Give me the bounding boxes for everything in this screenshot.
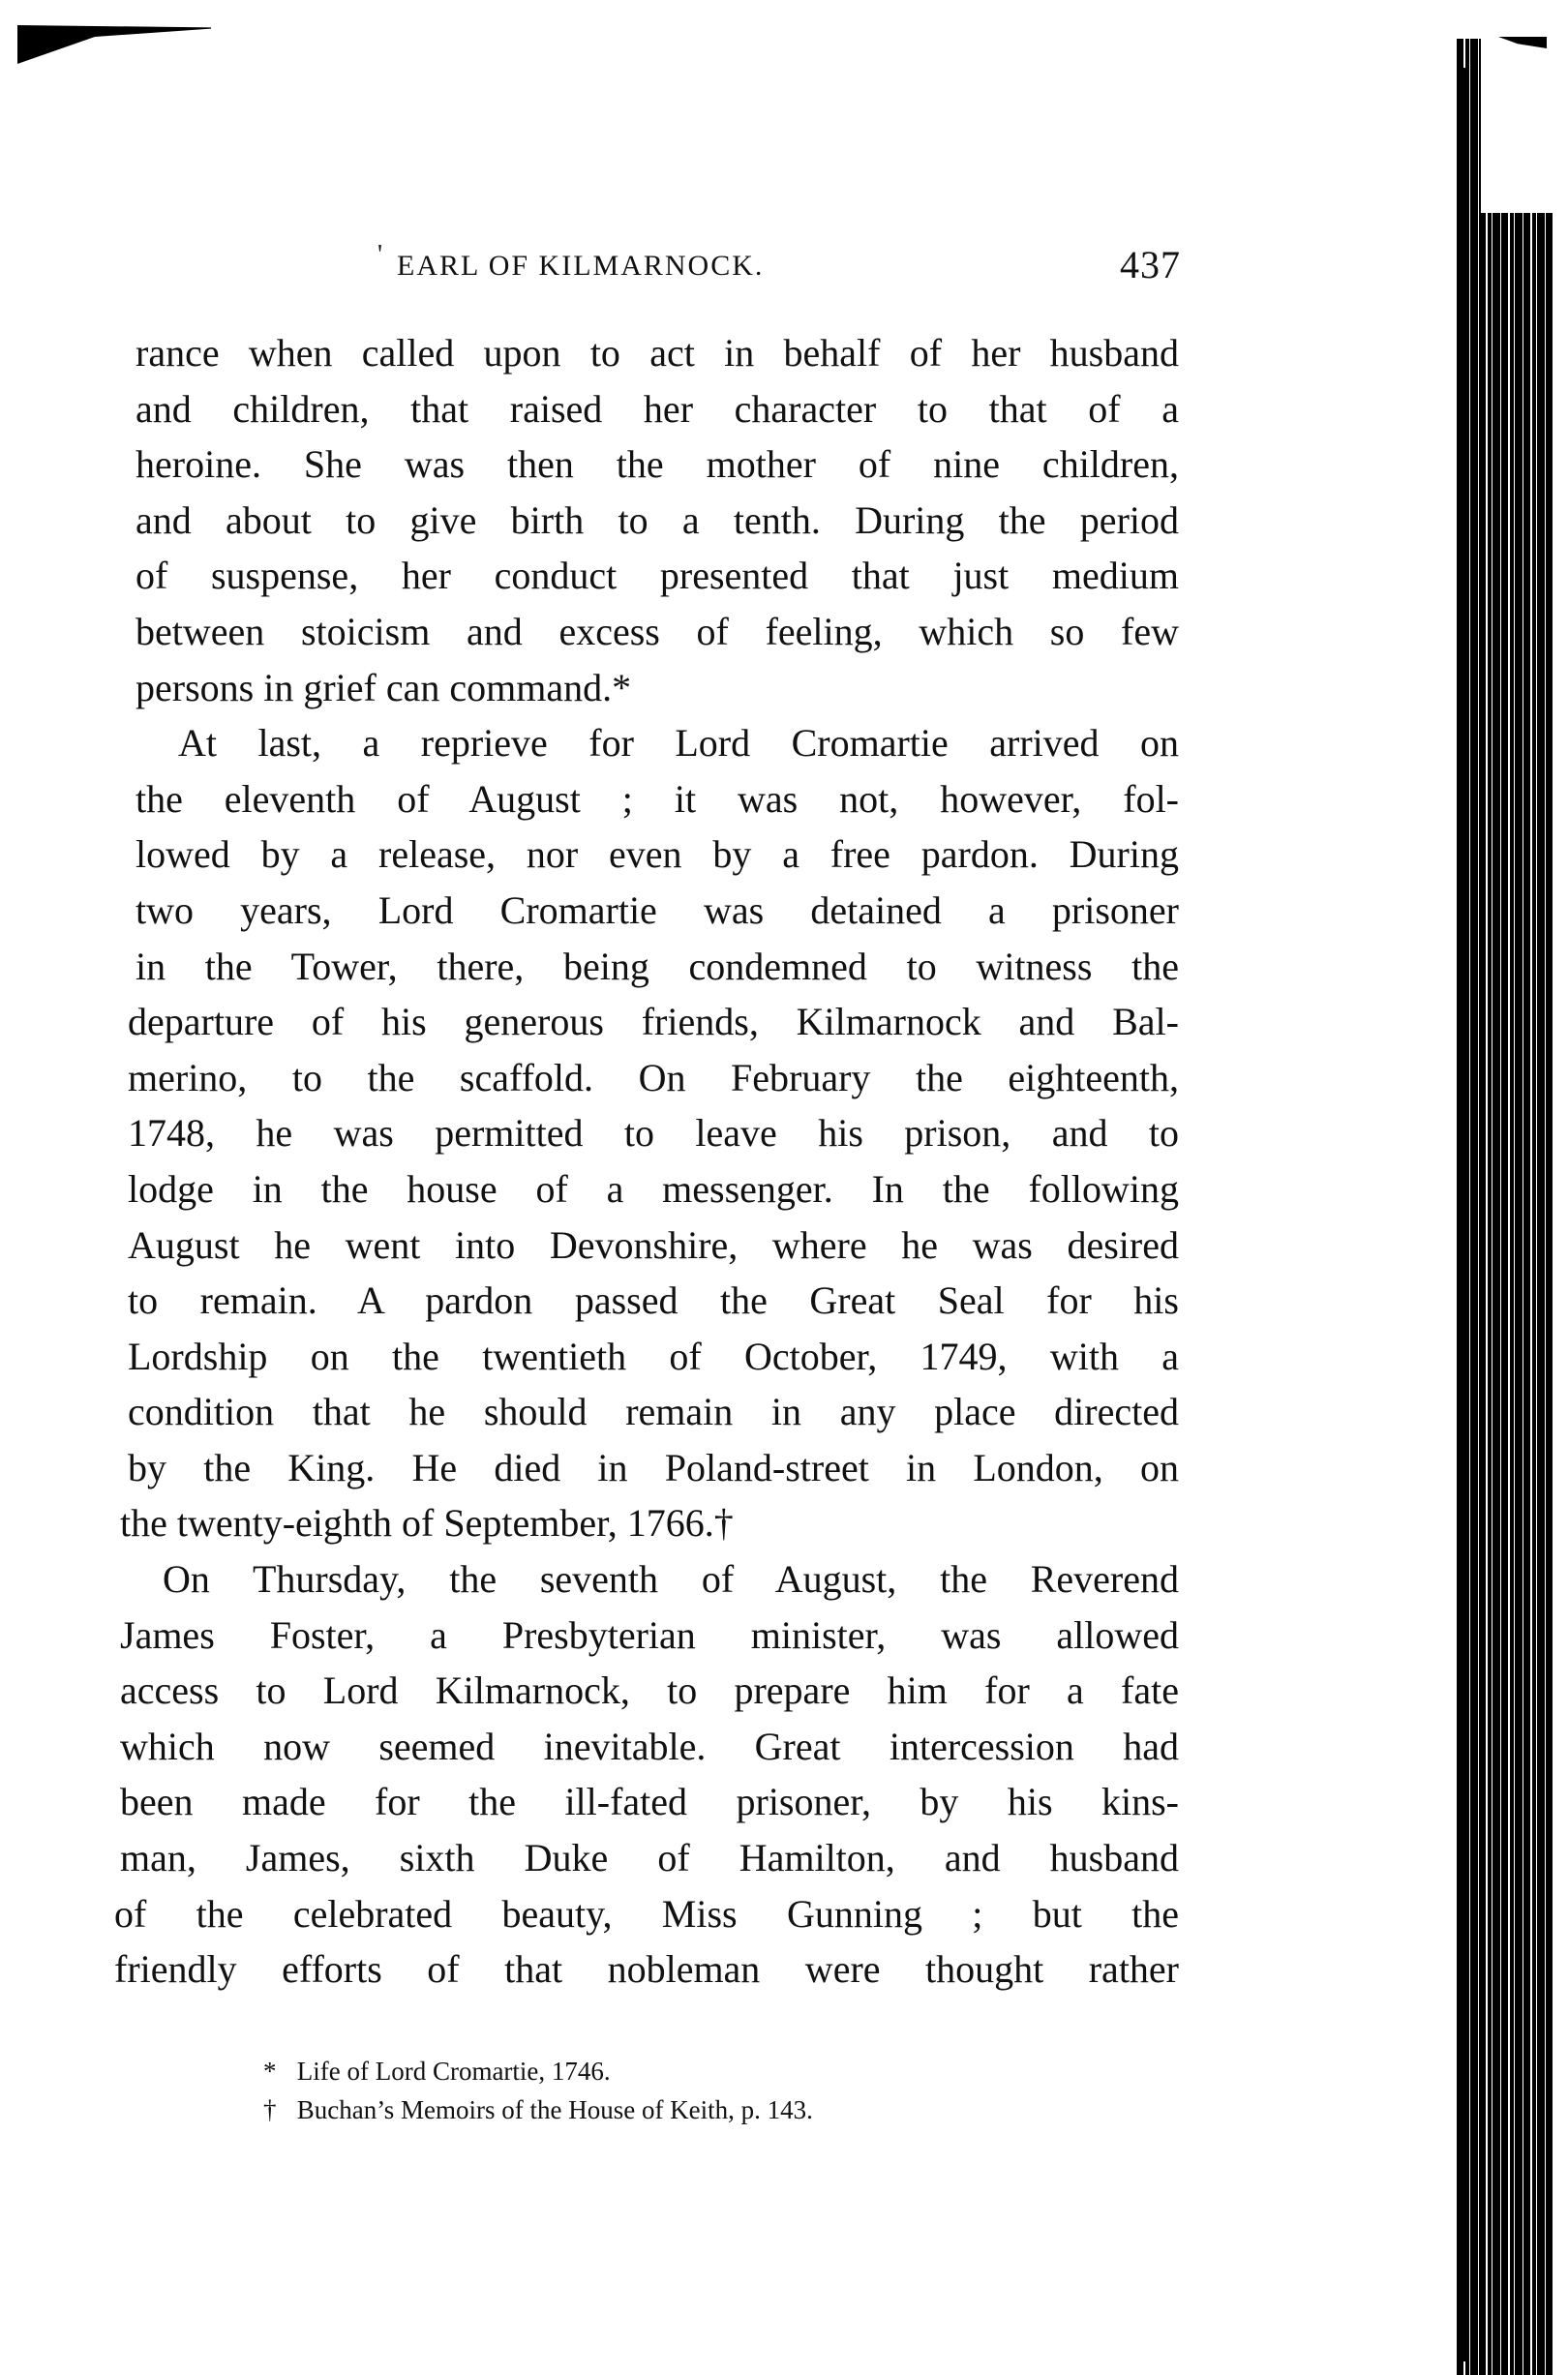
- footnote: * Life of Lord Cromartie, 1746.: [263, 2052, 1134, 2090]
- text-line: heroine. She was then the mother of nine…: [136, 436, 1179, 493]
- text-line: and about to give birth to a tenth. Duri…: [136, 493, 1179, 549]
- text-line: access to Lord Kilmarnock, to prepare hi…: [120, 1663, 1179, 1719]
- text-line: James Foster, a Presbyterian minister, w…: [120, 1608, 1179, 1664]
- running-head-title: EARL OF KILMARNOCK.: [397, 250, 764, 283]
- paragraph-start-line: On Thursday, the seventh of August, the …: [120, 1551, 1179, 1608]
- text-line: Lordship on the twentieth of October, 17…: [128, 1329, 1179, 1385]
- text-line: August he went into Devonshire, where he…: [128, 1218, 1179, 1274]
- text-line: which now seemed inevitable. Great inter…: [120, 1719, 1179, 1775]
- text-line: departure of his generous friends, Kilma…: [128, 994, 1179, 1050]
- binding-spine: [1457, 68, 1466, 2361]
- text-line: to remain. A pardon passed the Great Sea…: [128, 1273, 1179, 1329]
- text-line: rance when called upon to act in behalf …: [136, 325, 1179, 381]
- footnote-symbol: *: [263, 2052, 290, 2090]
- text-line: man, James, sixth Duke of Hamilton, and …: [120, 1830, 1179, 1886]
- page-number: 437: [1120, 242, 1181, 287]
- text-line: of the celebrated beauty, Miss Gunning ;…: [114, 1886, 1179, 1942]
- text-line: lodge in the house of a messenger. In th…: [128, 1161, 1179, 1218]
- body-text: rance when called upon to act in behalf …: [136, 325, 1179, 1998]
- book-binding-edge: [1457, 39, 1553, 2375]
- text-line: in the Tower, there, being condemned to …: [136, 939, 1179, 995]
- text-line: the eleventh of August ; it was not, how…: [136, 771, 1179, 827]
- text-line: persons in grief can command.*: [136, 660, 1179, 716]
- text-line: merino, to the scaffold. On February the…: [128, 1050, 1179, 1106]
- paragraph-start-line: At last, a reprieve for Lord Cromartie a…: [136, 715, 1179, 771]
- footnote-symbol: †: [263, 2090, 290, 2129]
- footnote-text: Life of Lord Cromartie, 1746.: [297, 2057, 611, 2086]
- text-line: the twenty-eighth of September, 1766.†: [120, 1495, 1179, 1551]
- footnote: † Buchan’s Memoirs of the House of Keith…: [263, 2090, 1134, 2129]
- running-header: ' EARL OF KILMARNOCK. 437: [377, 242, 1181, 290]
- text-line: two years, Lord Cromartie was detained a…: [136, 883, 1179, 939]
- text-line: 1748, he was permitted to leave his pris…: [128, 1105, 1179, 1161]
- binding-line: [1472, 39, 1474, 213]
- text-line: between stoicism and excess of feeling, …: [136, 604, 1179, 660]
- footnote-text: Buchan’s Memoirs of the House of Keith, …: [297, 2095, 813, 2124]
- text-line: and children, that raised her character …: [136, 381, 1179, 437]
- text-line: of suspense, her conduct presented that …: [136, 548, 1179, 604]
- binding-top-gap: [1481, 39, 1558, 213]
- text-line: lowed by a release, nor even by a free p…: [136, 827, 1179, 883]
- text-line: condition that he should remain in any p…: [128, 1384, 1179, 1440]
- header-mark: ': [377, 240, 384, 271]
- text-line: friendly efforts of that nobleman were t…: [114, 1941, 1179, 1998]
- text-line: by the King. He died in Poland-street in…: [128, 1440, 1179, 1496]
- scan-corner-artifact: [17, 25, 211, 64]
- footnotes: * Life of Lord Cromartie, 1746. † Buchan…: [263, 2052, 1134, 2129]
- text-line: been made for the ill-fated prisoner, by…: [120, 1774, 1179, 1830]
